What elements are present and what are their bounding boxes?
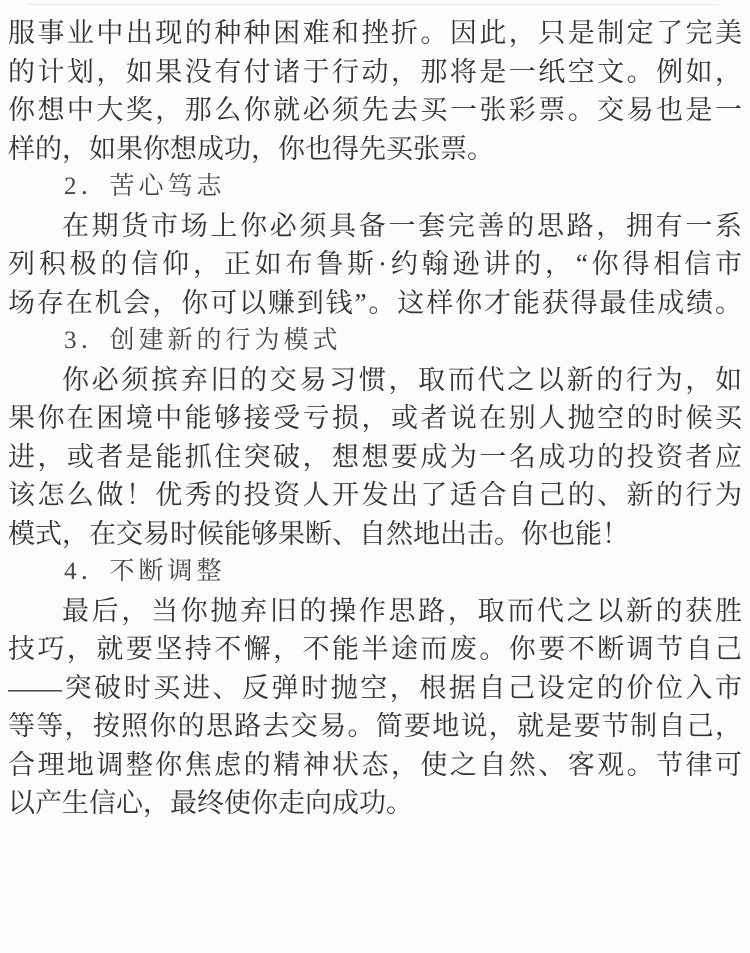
section-heading: 3．创建新的行为模式	[8, 322, 742, 361]
text-line: 以产生信心，最终使你走向成功。	[8, 784, 742, 823]
text-line: 列积极的信仰，正如布鲁斯·约翰逊讲的，“你得相信市	[8, 245, 742, 284]
page-text-block: 服事业中出现的种种困难和挫折。因此，只是制定了完美 的计划，如果没有付诸于行动，…	[8, 14, 742, 823]
text-line: 最后，当你抛弃旧的操作思路，取而代之以新的获胜	[8, 592, 742, 631]
text-line: 服事业中出现的种种困难和挫折。因此，只是制定了完美	[8, 14, 742, 53]
text-line: 模式，在交易时候能够果断、自然地出击。你也能！	[8, 515, 742, 554]
section-heading: 2．苦心笃志	[8, 168, 742, 207]
text-line: 该怎么做！优秀的投资人开发出了适合自己的、新的行为	[8, 476, 742, 515]
text-line: 你必须摈弃旧的交易习惯，取而代之以新的行为，如	[8, 361, 742, 400]
text-line: 的计划，如果没有付诸于行动，那将是一纸空文。例如，	[8, 53, 742, 92]
scan-artifact-line	[28, 4, 718, 5]
text-line: ——突破时买进、反弹时抛空，根据自己设定的价位入市	[8, 669, 742, 708]
section-heading: 4．不断调整	[8, 553, 742, 592]
text-line: 合理地调整你焦虑的精神状态，使之自然、客观。节律可	[8, 746, 742, 785]
book-page: 服事业中出现的种种困难和挫折。因此，只是制定了完美 的计划，如果没有付诸于行动，…	[0, 0, 750, 953]
text-line: 等等，按照你的思路去交易。简要地说，就是要节制自己，	[8, 707, 742, 746]
text-line: 样的，如果你想成功，你也得先买张票。	[8, 130, 742, 169]
text-line: 果你在困境中能够接受亏损，或者说在别人抛空的时候买	[8, 399, 742, 438]
text-line: 技巧，就要坚持不懈，不能半途而废。你要不断调节自己	[8, 630, 742, 669]
text-line: 进，或者是能抓住突破，想想要成为一名成功的投资者应	[8, 438, 742, 477]
text-line: 场存在机会，你可以赚到钱”。这样你才能获得最佳成绩。	[8, 284, 742, 323]
text-line: 在期货市场上你必须具备一套完善的思路，拥有一系	[8, 207, 742, 246]
text-line: 你想中大奖，那么你就必须先去买一张彩票。交易也是一	[8, 91, 742, 130]
